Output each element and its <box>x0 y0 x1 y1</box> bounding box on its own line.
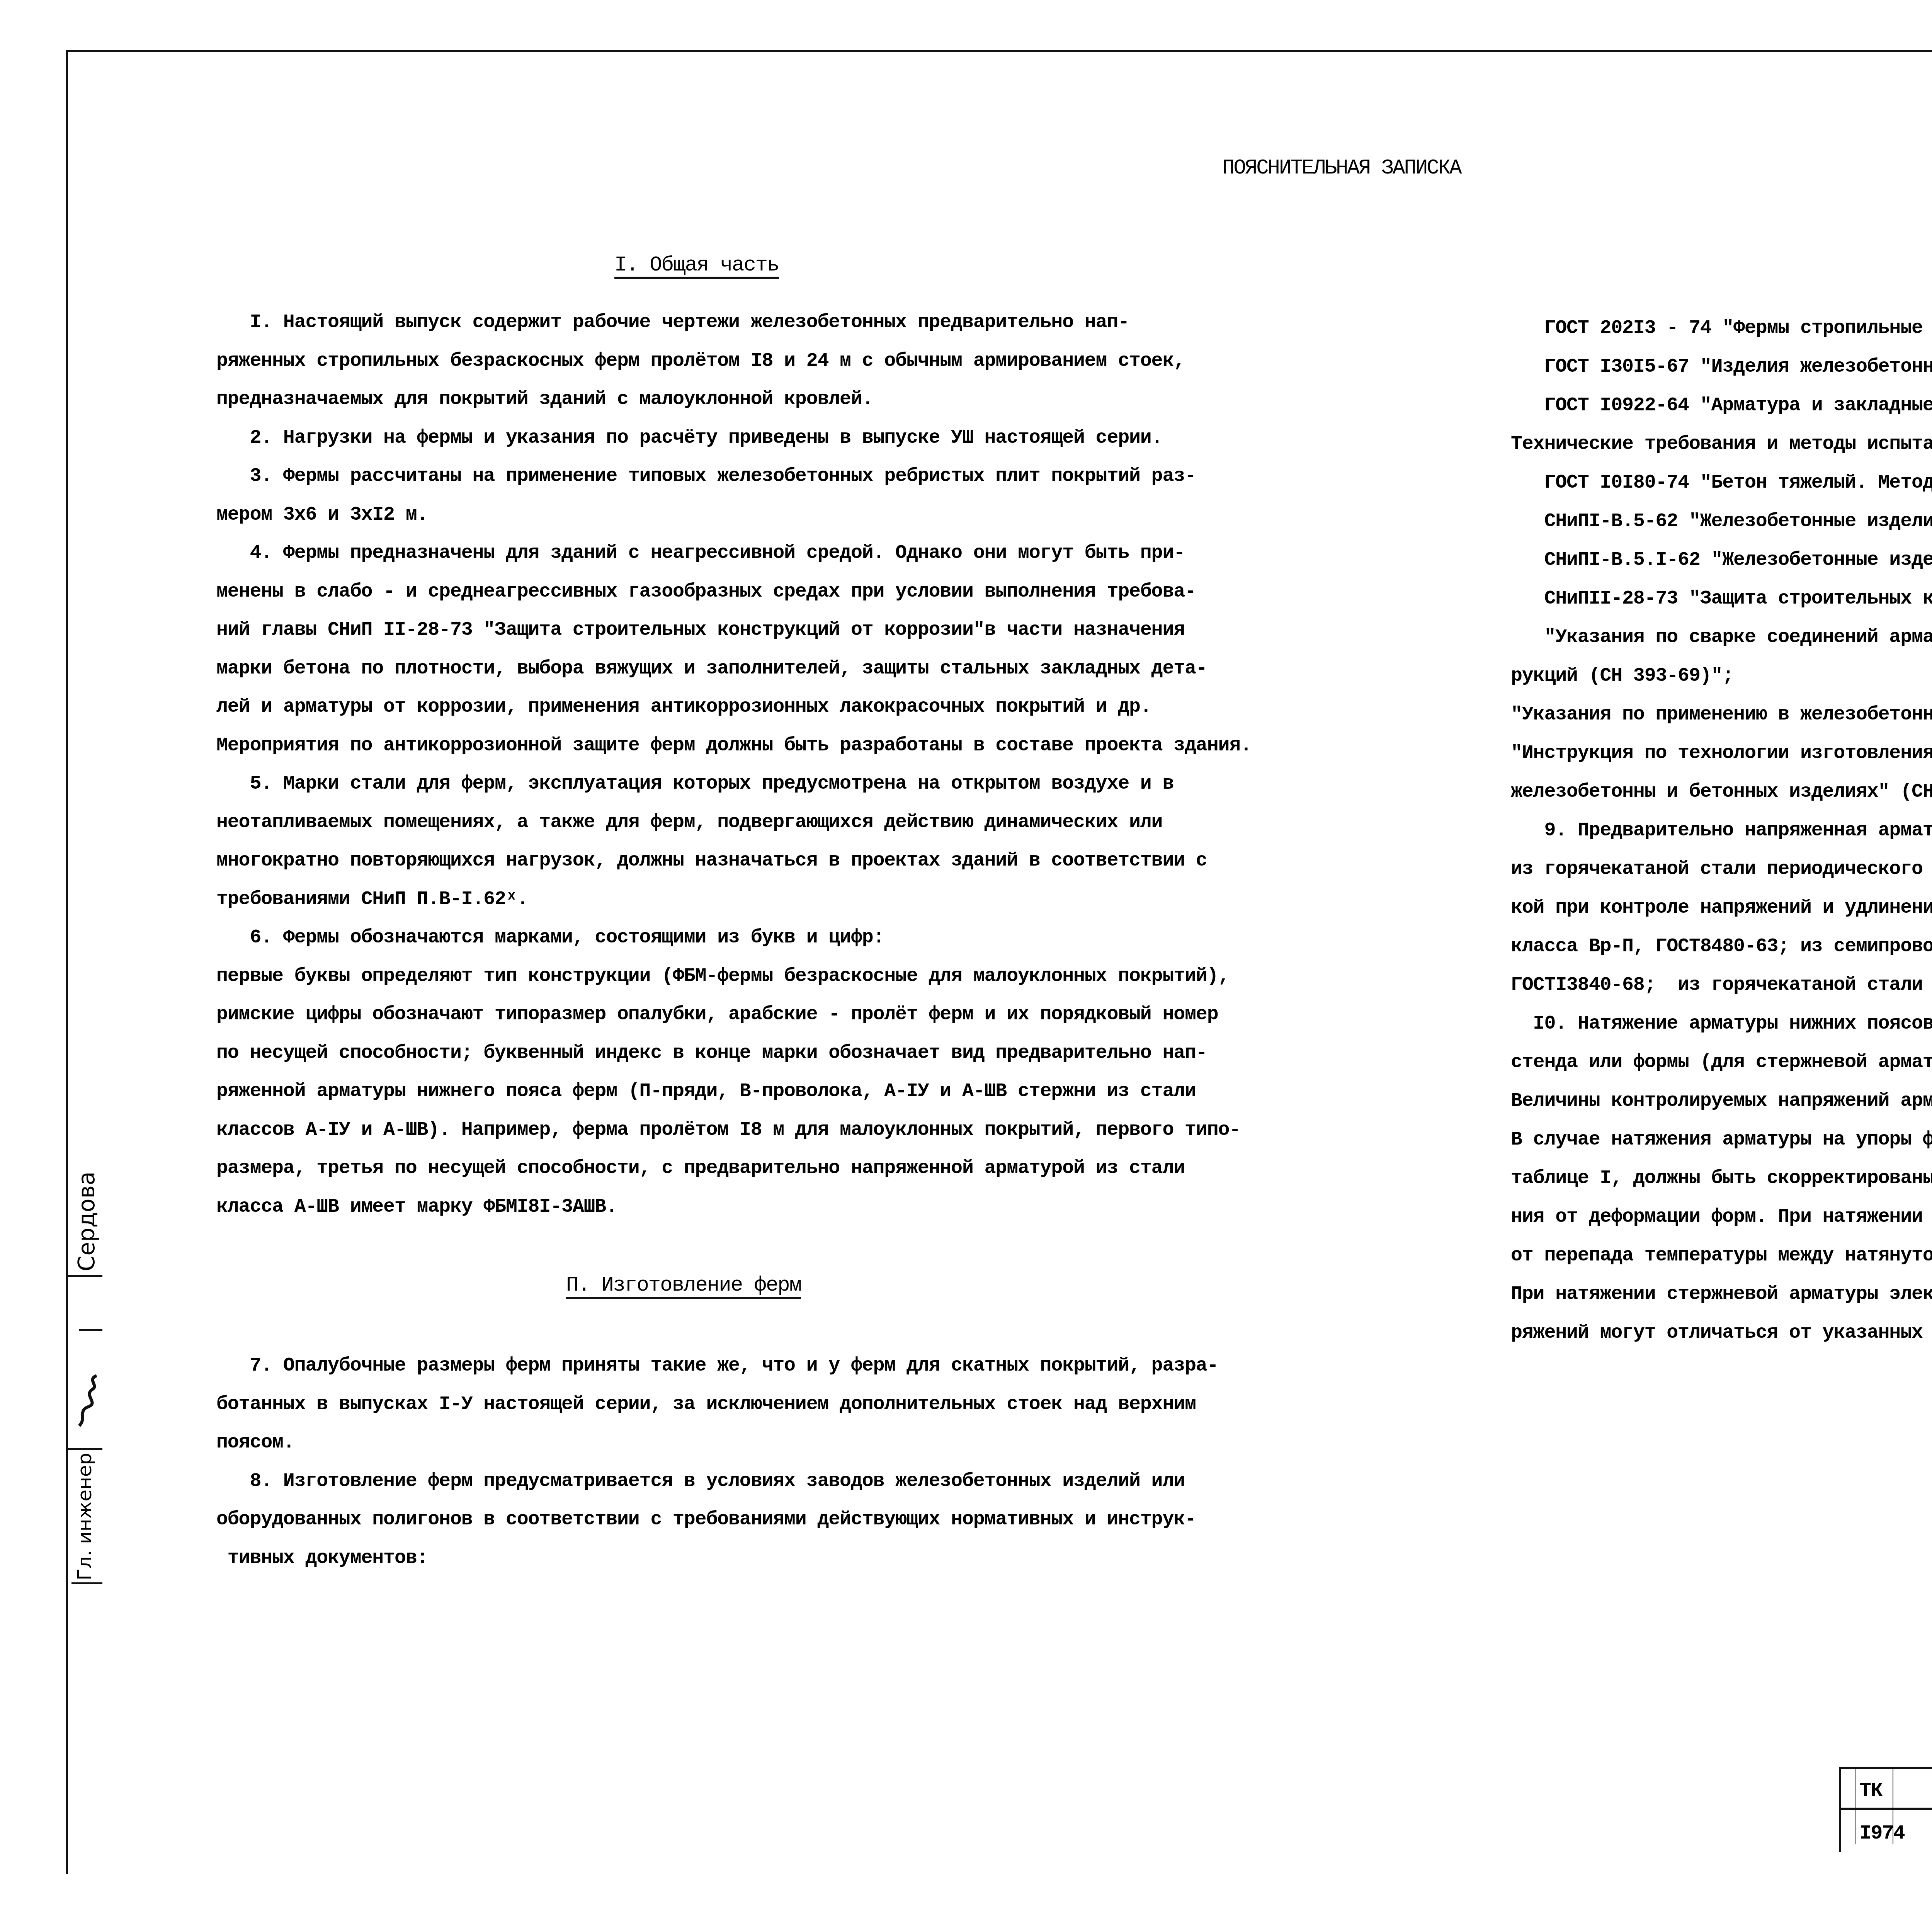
text-line: 6. Фермы обозначаются марками, состоящим… <box>216 928 884 947</box>
text-line: стенда или формы (для стержневой арматур… <box>1511 1053 1932 1072</box>
text-line: 3. Фермы рассчитаны на применение типовы… <box>216 467 1196 486</box>
text-line: ния от деформации форм. При натяжении ар… <box>1511 1208 1932 1227</box>
text-line: от перепада температуры между натянутой … <box>1511 1246 1932 1266</box>
stamp-position: Гл. инженер <box>73 1453 96 1580</box>
text-line: Мероприятия по антикоррозионной защите ф… <box>216 736 1252 755</box>
text-line: "Указания по применению в железобетонных… <box>1511 705 1932 725</box>
text-line: СНиПII-28-73 "Защита строительных констр… <box>1511 589 1932 609</box>
signature-icon <box>75 1372 102 1430</box>
text-line: Технические требования и методы испытани… <box>1511 435 1932 454</box>
text-line: оборудованных полигонов в соответствии с… <box>216 1510 1196 1529</box>
text-line: класса Вр-П, ГОСТ8480-63; из семипроволо… <box>1511 937 1932 956</box>
text-line: При натяжении стержневой арматуры электр… <box>1511 1285 1932 1304</box>
text-line: "Указания по сварке соединений арматуры … <box>1511 628 1932 647</box>
stamp-divider-4 <box>71 1582 102 1584</box>
text-line: 9. Предварительно напряженная арматура в… <box>1511 821 1932 840</box>
text-line: СНиПI-В.5.I-62 "Железобетонные изделия д… <box>1511 551 1932 570</box>
tb-rule-col1 <box>1855 1767 1855 1844</box>
text-line: 2. Нагрузки на фермы и указания по расчё… <box>216 429 1162 448</box>
tb-rule-mid <box>1839 1808 1932 1810</box>
tb-year: I974 <box>1859 1822 1905 1845</box>
text-line: ГОСТ 202I3 - 74 "Фермы стропильные желез… <box>1511 319 1932 338</box>
stamp-divider-3 <box>68 1448 102 1450</box>
tb-rule-top <box>1839 1767 1932 1769</box>
stamp-name: Сердова <box>73 1172 100 1271</box>
text-line: первые буквы определяют тип конструкции … <box>216 967 1229 986</box>
text-line: ГОСТI3840-68; из горячекатаной стали пер… <box>1511 976 1932 995</box>
stamp-right-rule <box>66 1221 68 1723</box>
text-line: В случае натяжения арматуры на упоры фор… <box>1511 1130 1932 1150</box>
text-line: классов А-IУ и А-ШВ). Например, ферма пр… <box>216 1121 1240 1140</box>
section-heading-general: I. Общая часть <box>614 255 779 279</box>
text-line: 8. Изготовление ферм предусматривается в… <box>216 1472 1185 1491</box>
text-line: ний главы СНиП II-28-73 "Защита строител… <box>216 621 1185 640</box>
tb-rule-left <box>1839 1767 1841 1852</box>
text-line: поясом. <box>216 1433 294 1453</box>
text-line: из горячекатаной стали периодического пр… <box>1511 860 1932 879</box>
document-title: ПОЯСНИТЕЛЬНАЯ ЗАПИСКА <box>1222 156 1461 180</box>
text-line: ГОСТ I0922-64 "Арматура и закладные дета… <box>1511 396 1932 415</box>
text-line: I. Настоящий выпуск содержит рабочие чер… <box>216 313 1129 332</box>
text-line: I0. Натяжение арматуры нижних поясов фер… <box>1511 1014 1932 1034</box>
text-line: ГОСТ I0I80-74 "Бетон тяжелый. Методы опр… <box>1511 473 1932 493</box>
frame-top-border <box>66 50 1932 52</box>
text-line: железобетонны и бетонных изделиях" (СН3I… <box>1511 782 1932 802</box>
text-line: СНиПI-В.5-62 "Железобетонные изделия. Об… <box>1511 512 1932 531</box>
text-line: ГОСТ I30I5-67 "Изделия железобетонные и … <box>1511 357 1932 377</box>
text-line: таблице I, должны быть скорректированы с… <box>1511 1169 1932 1188</box>
text-line: размера, третья по несущей способности, … <box>216 1159 1185 1178</box>
stamp-divider-1 <box>68 1275 102 1277</box>
text-line: кой при контроле напряжений и удлинений;… <box>1511 898 1932 918</box>
text-line: Величины контролируемых напряжений армат… <box>1511 1092 1932 1111</box>
text-line: класса А-ШВ имеет марку ФБМI8I-3АШВ. <box>216 1197 617 1217</box>
stamp-divider-2 <box>79 1329 102 1331</box>
text-line: ряженной арматуры нижнего пояса ферм (П-… <box>216 1082 1196 1101</box>
text-line: менены в слабо - и среднеагрессивных газ… <box>216 582 1196 602</box>
text-line: ботанных в выпусках I-У настоящей серии,… <box>216 1395 1196 1414</box>
text-line: предназначаемых для покрытий зданий с ма… <box>216 390 873 409</box>
text-line: ряженных стропильных безраскосных ферм п… <box>216 352 1185 371</box>
text-line: ряжений могут отличаться от указанных в … <box>1511 1323 1932 1343</box>
text-line: неотапливаемых помещениях, а также для ф… <box>216 813 1162 832</box>
text-line: 5. Марки стали для ферм, эксплуатация ко… <box>216 774 1173 794</box>
text-line: римские цифры обозначают типоразмер опал… <box>216 1005 1218 1024</box>
text-line: многократно повторяющихся нагрузок, долж… <box>216 851 1207 871</box>
text-line: мером 3х6 и 3хI2 м. <box>216 505 428 525</box>
text-line: лей и арматуры от коррозии, применения а… <box>216 697 1151 717</box>
text-line: по несущей способности; буквенный индекс… <box>216 1044 1207 1063</box>
section-heading-manufacturing: П. Изготовление ферм <box>566 1275 801 1299</box>
text-line: требованиями СНиП П.В-I.62ˣ. <box>216 890 528 909</box>
tb-org: ТК <box>1859 1779 1882 1802</box>
text-line: марки бетона по плотности, выбора вяжущи… <box>216 659 1207 679</box>
text-line: 4. Фермы предназначены для зданий с неаг… <box>216 544 1185 563</box>
text-line: тивных документов: <box>216 1549 428 1568</box>
text-line: "Инструкция по технологии изготовления и… <box>1511 744 1932 763</box>
text-line: рукций (СН 393-69)"; <box>1511 667 1733 686</box>
text-line: 7. Опалубочные размеры ферм приняты таки… <box>216 1356 1218 1376</box>
